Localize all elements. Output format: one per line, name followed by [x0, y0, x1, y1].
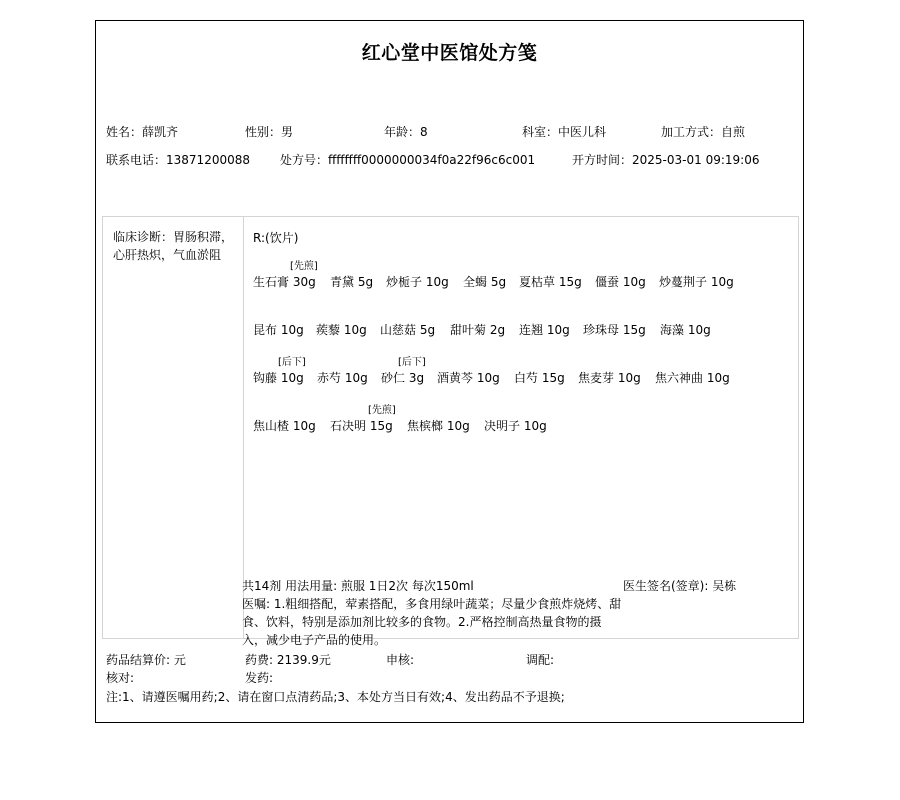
clinical-diagnosis: 临床诊断：胃肠积滞，心肝热炽，气血淤阻: [113, 228, 235, 264]
dept-label: 科室：: [522, 125, 558, 139]
footer-notes: 注:1、请遵医嘱用药;2、请在窗口点清药品;3、本处方当日有效;4、发出药品不予…: [106, 688, 565, 705]
check: 核对:: [106, 669, 134, 686]
herb-item: 炒蔓荆子 10g: [659, 273, 734, 290]
process-label: 加工方式：: [661, 125, 721, 139]
herb-item: 焦山楂 10g: [253, 417, 316, 434]
patient-name: 姓名：薛凯齐: [106, 123, 178, 140]
herb-item: 僵蚕 10g: [595, 273, 646, 290]
herb-item: 青黛 5g: [330, 273, 373, 290]
usage-dosage: 共14剂 用法用量: 煎服 1日2次 每次150ml: [242, 577, 474, 594]
herb-item: 焦槟榔 10g: [407, 417, 470, 434]
rx-time-value: 2025-03-01 09:19:06: [632, 153, 759, 167]
age-label: 年龄：: [384, 125, 420, 139]
phone-label: 联系电话：: [106, 153, 166, 167]
rx-no-value: ffffffff0000000034f0a22f96c6c001: [328, 153, 535, 167]
rx-no-label: 处方号：: [280, 153, 328, 167]
name-value: 薛凯齐: [142, 125, 178, 139]
dispense-prep: 调配:: [526, 651, 554, 668]
herb-item: 海藻 10g: [660, 321, 711, 338]
herb-item: 昆布 10g: [253, 321, 304, 338]
column-divider: [243, 217, 244, 638]
herb-note: [先煎]: [290, 257, 318, 272]
patient-gender: 性别：男: [245, 123, 293, 140]
herb-row-2: 昆布 10g 蒺藜 10g 山慈菇 5g 甜叶菊 2g 连翘 10g 珍珠母 1…: [253, 305, 793, 345]
herb-item: 甜叶菊 2g: [450, 321, 505, 338]
herb-item: 钩藤 10g: [253, 369, 304, 386]
name-label: 姓名：: [106, 125, 142, 139]
rx-time-label: 开方时间：: [572, 153, 632, 167]
herb-item: 蒺藜 10g: [316, 321, 367, 338]
herb-item: 石决明 15g: [330, 417, 393, 434]
rx-time: 开方时间：2025-03-01 09:19:06: [572, 151, 759, 168]
herb-item: 珍珠母 15g: [583, 321, 646, 338]
herb-item: 决明子 10g: [484, 417, 547, 434]
herb-item: 夏枯草 15g: [519, 273, 582, 290]
age-value: 8: [420, 125, 428, 139]
rx-number: 处方号：ffffffff0000000034f0a22f96c6c001: [280, 151, 535, 168]
herb-item: 生石膏 30g: [253, 273, 316, 290]
herb-item: 砂仁 3g: [381, 369, 424, 386]
settle-price: 药品结算价: 元: [106, 651, 186, 668]
herb-row-3: [后下] [后下] 钩藤 10g 赤芍 10g 砂仁 3g 酒黄芩 10g 白芍…: [253, 353, 793, 393]
herb-row-4: [先煎] 焦山楂 10g 石决明 15g 焦槟榔 10g 决明子 10g: [253, 401, 793, 441]
prescription-body: 临床诊断：胃肠积滞，心肝热炽，气血淤阻 R:(饮片) [先煎] 生石膏 30g …: [102, 216, 799, 639]
phone-value: 13871200088: [166, 153, 250, 167]
doctor-signature: 医生签名(签章): 吴栋: [623, 577, 736, 594]
process-value: 自煎: [721, 125, 745, 139]
prescription-sheet: 红心堂中医馆处方笺 姓名：薛凯齐 性别：男 年龄：8 科室：中医儿科 加工方式：…: [95, 20, 804, 723]
herb-item: 连翘 10g: [519, 321, 570, 338]
herb-note: [先煎]: [368, 401, 396, 416]
dept-value: 中医儿科: [558, 125, 606, 139]
gender-value: 男: [281, 125, 293, 139]
patient-age: 年龄：8: [384, 123, 428, 140]
process-method: 加工方式：自煎: [661, 123, 745, 140]
review: 申核:: [386, 651, 414, 668]
herb-note: [后下]: [398, 353, 426, 368]
drug-fee: 药费: 2139.9元: [245, 651, 331, 668]
department: 科室：中医儿科: [522, 123, 606, 140]
herb-note: [后下]: [278, 353, 306, 368]
herb-row-1: [先煎] 生石膏 30g 青黛 5g 炒栀子 10g 全蝎 5g 夏枯草 15g…: [253, 257, 793, 297]
rx-header: R:(饮片): [253, 229, 298, 246]
herb-item: 焦麦芽 10g: [578, 369, 641, 386]
gender-label: 性别：: [245, 125, 281, 139]
herb-item: 白芍 15g: [514, 369, 565, 386]
herb-item: 赤芍 10g: [317, 369, 368, 386]
dispense: 发药:: [245, 669, 273, 686]
herb-item: 酒黄芩 10g: [437, 369, 500, 386]
page-title: 红心堂中医馆处方笺: [96, 38, 803, 65]
herb-item: 山慈菇 5g: [380, 321, 435, 338]
herb-item: 焦六神曲 10g: [655, 369, 730, 386]
medical-advice: 医嘱: 1.粗细搭配，荤素搭配，多食用绿叶蔬菜；尽量少食煎炸烧烤、甜食、饮料，特…: [242, 595, 622, 649]
herb-item: 全蝎 5g: [463, 273, 506, 290]
phone: 联系电话：13871200088: [106, 151, 250, 168]
herb-item: 炒栀子 10g: [386, 273, 449, 290]
